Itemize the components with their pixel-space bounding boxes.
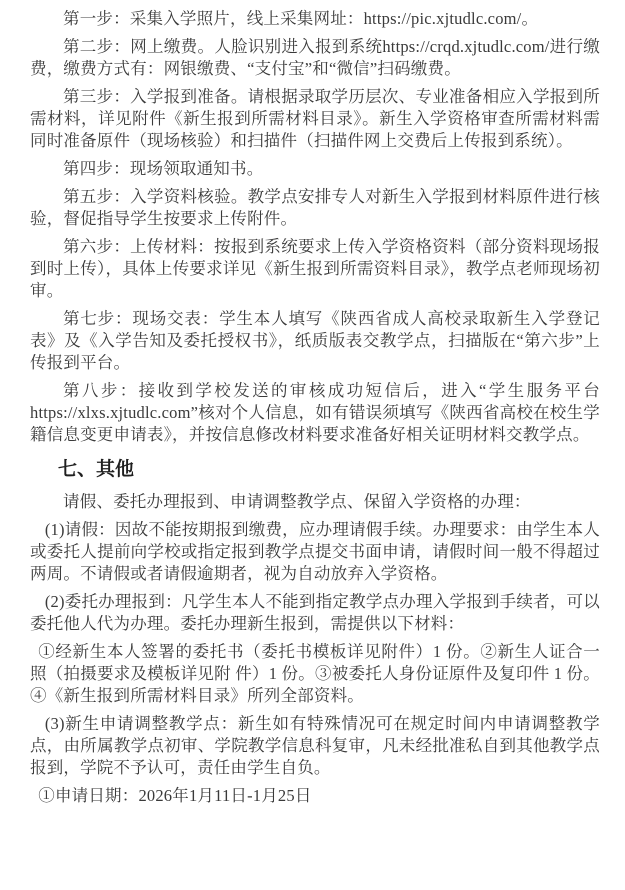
paragraph-step-7: 第七步：现场交表：学生本人填写《陕西省成人高校录取新生入学登记表》及《入学告知及… [30,308,600,374]
section-item-delegate: (2)委托办理报到：凡学生本人不能到指定教学点办理入学报到手续者，可以委托他人代… [30,591,600,635]
section-item-leave: (1)请假：因故不能按期报到缴费，应办理请假手续。办理要求：由学生本人或委托人提… [30,519,600,585]
section-intro: 请假、委托办理报到、申请调整教学点、保留入学资格的办理： [30,491,600,513]
section-item-delegate-materials: ①经新生本人签署的委托书（委托书模板详见附件）1 份。②新生人证合一照（拍摄要求… [30,641,600,707]
document-page: { "document": { "language": "zh-CN", "co… [0,0,625,890]
paragraph-step-5: 第五步：入学资料核验。教学点安排专人对新生入学报到材料原件进行核验，督促指导学生… [30,186,600,230]
section-item-adjust-teaching-point: (3)新生申请调整教学点：新生如有特殊情况可在规定时间内申请调整教学点，由所属教… [30,713,600,779]
paragraph-step-2: 第二步：网上缴费。人脸识别进入报到系统https://crqd.xjtudlc.… [30,36,600,80]
paragraph-step-1: 第一步：采集入学照片，线上采集网址：https://pic.xjtudlc.co… [30,8,600,30]
paragraph-step-8: 第八步：接收到学校发送的审核成功短信后，进入“学生服务平台https://xlx… [30,380,600,446]
paragraph-step-6: 第六步：上传材料：按报到系统要求上传入学资格资料（部分资料现场报到时上传），具体… [30,236,600,302]
paragraph-step-3: 第三步：入学报到准备。请根据录取学历层次、专业准备相应入学报到所需材料，详见附件… [30,86,600,152]
document-body: 第一步：采集入学照片，线上采集网址：https://pic.xjtudlc.co… [0,0,625,890]
application-date-line: ①申请日期：2026年1月11日-1月25日 [30,785,600,807]
section-heading-other: 七、其他 [58,458,600,482]
paragraph-step-4: 第四步：现场领取通知书。 [30,158,600,180]
